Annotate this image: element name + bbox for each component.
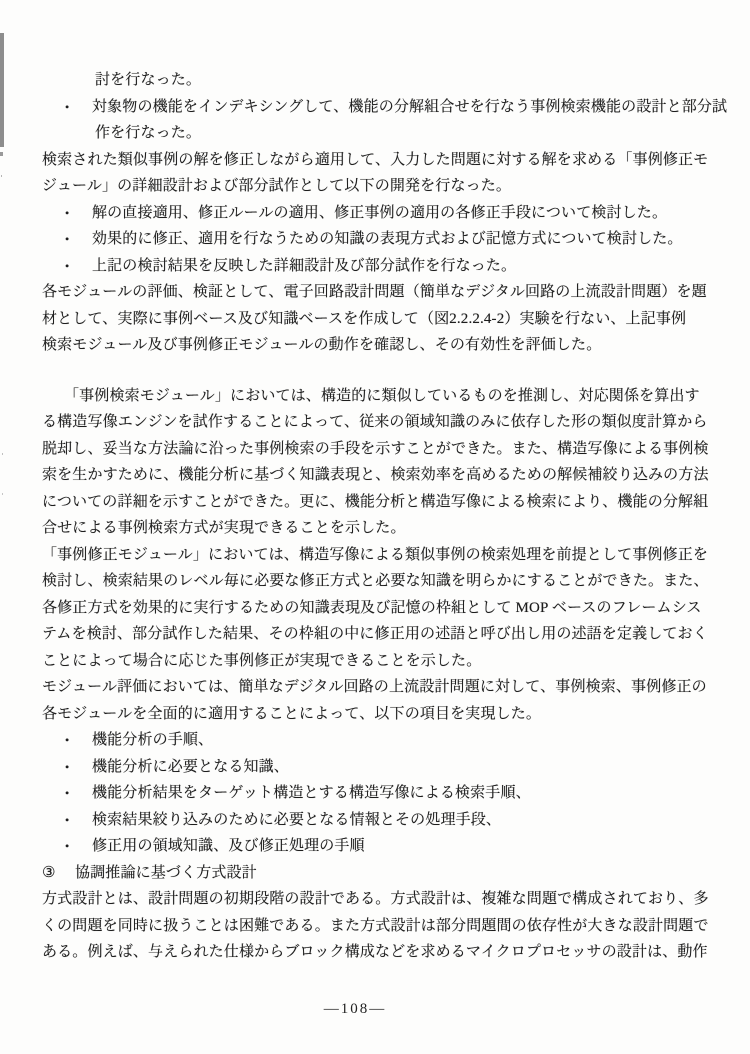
bullet-icon: •	[65, 833, 92, 860]
bullet-icon: •	[65, 780, 92, 807]
text-line: 作を行なった。	[95, 120, 714, 147]
text-line: •効果的に修正、適用を行なうための知識の表現方式および記憶方式について検討した。	[65, 226, 714, 253]
list-heading-text: 協調推論に基づく方式設計	[75, 860, 257, 887]
bullet-icon: •	[65, 94, 92, 121]
text-line: 討を行なった。	[95, 67, 714, 94]
document-body: 討を行なった。•対象物の機能をインデキシングして、機能の分解組合せを行なう事例検…	[42, 67, 714, 966]
text-line: •対象物の機能をインデキシングして、機能の分解組合せを行なう事例検索機能の設計と…	[65, 94, 714, 121]
text-line: 材として、実際に事例ベース及び知識ベースを作成して（図2.2.2.4-2）実験を…	[42, 306, 714, 333]
text-line: ことによって場合に応じた事例修正が実現できることを示した。	[42, 648, 714, 675]
text-line: 各修正方式を効果的に実行するための知識表現及び記憶の枠組として MOP ベースの…	[42, 595, 714, 622]
text-line: 合せによる事例検索方式が実現できることを示した。	[42, 515, 714, 542]
text-line: モジュール評価においては、簡単なデジタル回路の上流設計問題に対して、事例検索、事…	[42, 674, 714, 701]
circled-number-icon: ③	[42, 860, 75, 887]
text-line: 脱却し、妥当な方法論に沿った事例検索の手段を示すことができた。また、構造写像によ…	[42, 436, 714, 463]
text-line: る構造写像エンジンを試作することによって、従来の領域知識のみに依存した形の類似度…	[42, 409, 714, 436]
bullet-item-text: 解の直接適用、修正ルールの適用、修正事例の適用の各修正手段について検討した。	[92, 200, 667, 227]
bullet-icon: •	[65, 226, 92, 253]
bullet-icon: •	[65, 754, 92, 781]
bullet-item-text: 検索結果絞り込みのために必要となる情報とその処理手段、	[92, 807, 501, 834]
text-line: についての詳細を示すことができた。更に、機能分析と構造写像による検索により、機能…	[42, 489, 714, 516]
bullet-item-text: 対象物の機能をインデキシングして、機能の分解組合せを行なう事例検索機能の設計と部…	[92, 94, 727, 121]
scan-artifact-speck	[0, 152, 3, 156]
text-line: くの問題を同時に扱うことは困難である。また方式設計は部分問題間の依存性が大きな設…	[42, 913, 714, 940]
text-line: 「事例検索モジュール」においては、構造的に類似しているものを推測し、対応関係を算…	[64, 383, 714, 410]
bullet-icon: •	[65, 200, 92, 227]
bullet-icon: •	[65, 727, 92, 754]
text-line: ジュール」の詳細設計および部分試作として以下の開発を行なった。	[42, 173, 714, 200]
text-line: テムを検討、部分試作した結果、その枠組の中に修正用の述語と呼び出し用の述語を定義…	[42, 621, 714, 648]
text-line: 検索モジュール及び事例修正モジュールの動作を確認し、その有効性を評価した。	[42, 332, 714, 359]
text-line: •検索結果絞り込みのために必要となる情報とその処理手段、	[65, 807, 714, 834]
text-line: 方式設計とは、設計問題の初期段階の設計である。方式設計は、複雑な問題で構成されて…	[42, 886, 714, 913]
text-line: ③協調推論に基づく方式設計	[42, 860, 714, 887]
text-line: •修正用の領域知識、及び修正処理の手順	[65, 833, 714, 860]
bullet-item-text: 修正用の領域知識、及び修正処理の手順	[92, 833, 365, 860]
text-line: 検討し、検索結果のレベル毎に必要な修正方式と必要な知識を明らかにすることができた…	[42, 568, 714, 595]
bullet-icon: •	[65, 807, 92, 834]
bullet-item-text: 機能分析の手順、	[92, 727, 213, 754]
text-line: •機能分析に必要となる知識、	[65, 754, 714, 781]
text-line: •解の直接適用、修正ルールの適用、修正事例の適用の各修正手段について検討した。	[65, 200, 714, 227]
text-line: 索を生かすために、機能分析に基づく知識表現と、検索効率を高めるための解候補絞り込…	[42, 462, 714, 489]
text-line: 「事例修正モジュール」においては、構造写像による類似事例の検索処理を前提として事…	[42, 542, 714, 569]
text-line: •機能分析の手順、	[65, 727, 714, 754]
scanned-document-page: 討を行なった。•対象物の機能をインデキシングして、機能の分解組合せを行なう事例検…	[0, 0, 750, 1054]
bullet-item-text: 効果的に修正、適用を行なうための知識の表現方式および記憶方式について検討した。	[92, 226, 683, 253]
bullet-icon: •	[65, 253, 92, 280]
text-line: •機能分析結果をターゲット構造とする構造写像による検索手順、	[65, 780, 714, 807]
bullet-item-text: 機能分析結果をターゲット構造とする構造写像による検索手順、	[92, 780, 531, 807]
bullet-item-text: 機能分析に必要となる知識、	[92, 754, 289, 781]
text-line: 各モジュールの評価、検証として、電子回路設計問題（簡単なデジタル回路の上流設計問…	[42, 279, 714, 306]
scan-artifact-bar	[0, 33, 4, 147]
page-number: ―108―	[0, 1001, 750, 1018]
text-line: •上記の検討結果を反映した詳細設計及び部分試作を行なった。	[65, 253, 714, 280]
blank-line	[42, 359, 714, 383]
text-line: ある。例えば、与えられた仕様からブロック構成などを求めるマイクロプロセッサの設計…	[42, 939, 714, 966]
text-line: 各モジュールを全面的に適用することによって、以下の項目を実現した。	[42, 701, 714, 728]
text-line: 検索された類似事例の解を修正しながら適用して、入力した問題に対する解を求める「事…	[42, 147, 714, 174]
bullet-item-text: 上記の検討結果を反映した詳細設計及び部分試作を行なった。	[92, 253, 516, 280]
